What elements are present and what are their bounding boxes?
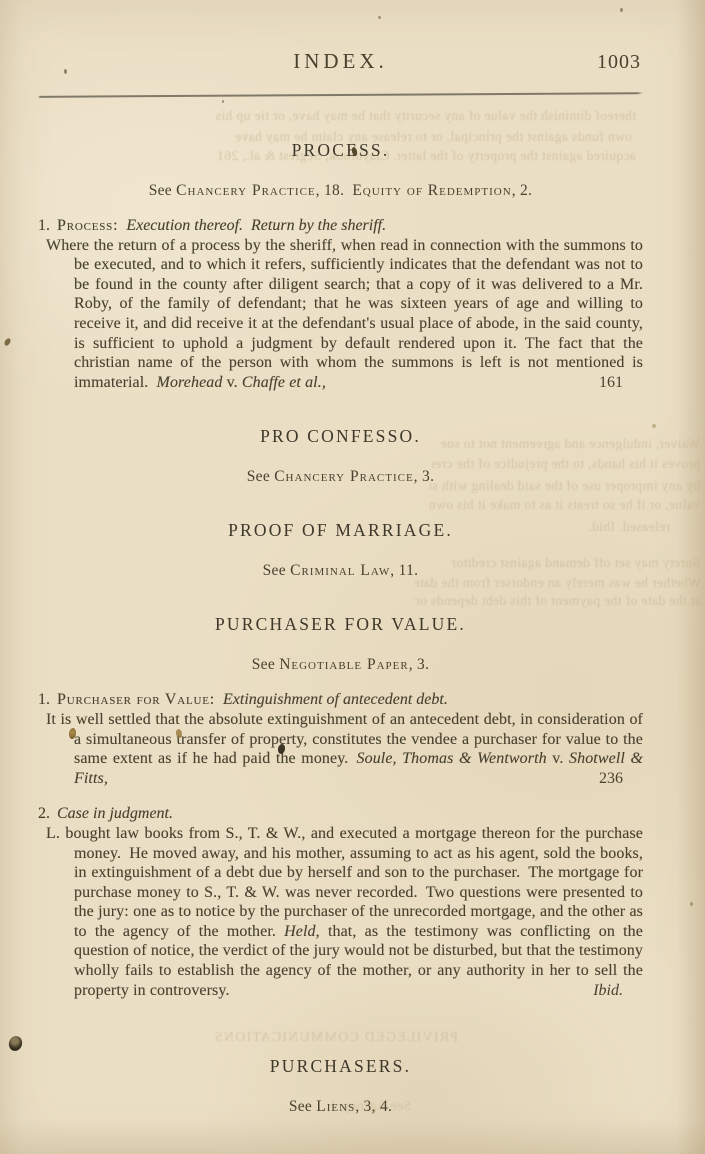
index-entry: 1.Process: Execution thereof. Return by … [38,216,643,392]
text-segment: Where the return of a process by the she… [46,237,643,391]
text-segment: , 11. [390,562,418,579]
section-heading: PURCHASERS. [38,1056,643,1076]
scanned-book-page: thereof diminish the value of any securi… [0,0,705,1154]
text-segment: , 2. [512,182,533,199]
text-segment: Execution thereof. Return by the sheriff… [126,217,386,234]
text-segment: Process: [57,217,118,234]
page-number: 1003 [597,51,641,74]
entry-heading: 2.Case in judgment. [38,804,643,824]
text-segment: v. [222,374,241,391]
section-heading: PURCHASER FOR VALUE. [38,614,643,634]
text-segment: See [252,656,279,673]
index-sections: PROCESS.See Chancery Practice, 18. Equit… [38,140,643,1116]
text-segment: , 3. [409,656,430,673]
paper-fleck [690,902,693,906]
text-segment: Purchaser for Value: [57,691,215,708]
see-reference: See Chancery Practice, 18. Equity of Red… [38,181,643,200]
paper-fleck [222,100,224,103]
paper-fleck [378,16,381,19]
section-heading: PRO CONFESSO. [38,426,643,446]
see-reference: See Chancery Practice, 3. [38,467,643,486]
paper-fleck [64,69,67,74]
entry-heading: 1.Purchaser for Value: Extinguishment of… [38,690,643,710]
text-segment: Chaffe et al., [242,374,326,391]
text-segment: , 3. [414,468,435,485]
see-reference: See Negotiable Paper, 3. [38,655,643,674]
section-heading: PROOF OF MARRIAGE. [38,520,643,540]
text-segment: Held, [284,923,320,940]
text-block: INDEX. 1003 PROCESS.See Chancery Practic… [0,50,705,1116]
text-segment: Soule, Thomas & Wentworth [357,750,547,767]
text-segment: See [247,468,274,485]
text-segment: Negotiable Paper [279,656,409,673]
text-segment: Equity of Redemption [352,182,511,199]
text-segment: Criminal Law [290,562,390,579]
index-section: PRO CONFESSO.See Chancery Practice, 3. [38,426,643,486]
entry-body: Where the return of a process by the she… [38,236,643,393]
text-segment [215,691,223,708]
text-segment: Liens [316,1098,355,1115]
entry-body: L. bought law books from S., T. & W., an… [38,824,643,1000]
text-segment: Case in judgment. [57,805,173,822]
entry-number: 1. [38,217,50,234]
index-section: PURCHASER FOR VALUE.See Negotiable Paper… [38,614,643,1000]
page-title: INDEX. [38,50,643,72]
entry-number: 2. [38,805,50,822]
index-entry: 2.Case in judgment.L. bought law books f… [38,804,643,1000]
section-heading: PROCESS. [38,140,643,160]
text-segment: v. [547,750,569,767]
text-segment: Extinguishment of antecedent debt. [223,691,448,708]
see-reference: See Criminal Law, 11. [38,561,643,580]
text-segment: See [149,182,176,199]
running-head: INDEX. 1003 [38,50,643,74]
text-segment: Chancery Practice [274,468,413,485]
index-section: PURCHASERS.See Liens, 3, 4. [38,1056,643,1116]
entry-number: 1. [38,691,50,708]
index-entry: 1.Purchaser for Value: Extinguishment of… [38,690,643,788]
header-rule [38,92,643,98]
index-section: PROOF OF MARRIAGE.See Criminal Law, 11. [38,520,643,580]
see-reference: See Liens, 3, 4. [38,1097,643,1116]
entry-heading: 1.Process: Execution thereof. Return by … [38,216,643,236]
text-segment: See [263,562,290,579]
paper-fleck [652,424,656,428]
page-reference: 236 [38,769,643,789]
paper-fleck [620,8,623,12]
text-segment: , 18. [316,182,353,199]
text-segment: , 3, 4. [355,1098,392,1115]
index-section: PROCESS.See Chancery Practice, 18. Equit… [38,140,643,392]
text-segment: Chancery Practice [176,182,315,199]
text-segment: Morehead [157,374,223,391]
text-segment: See [289,1098,316,1115]
